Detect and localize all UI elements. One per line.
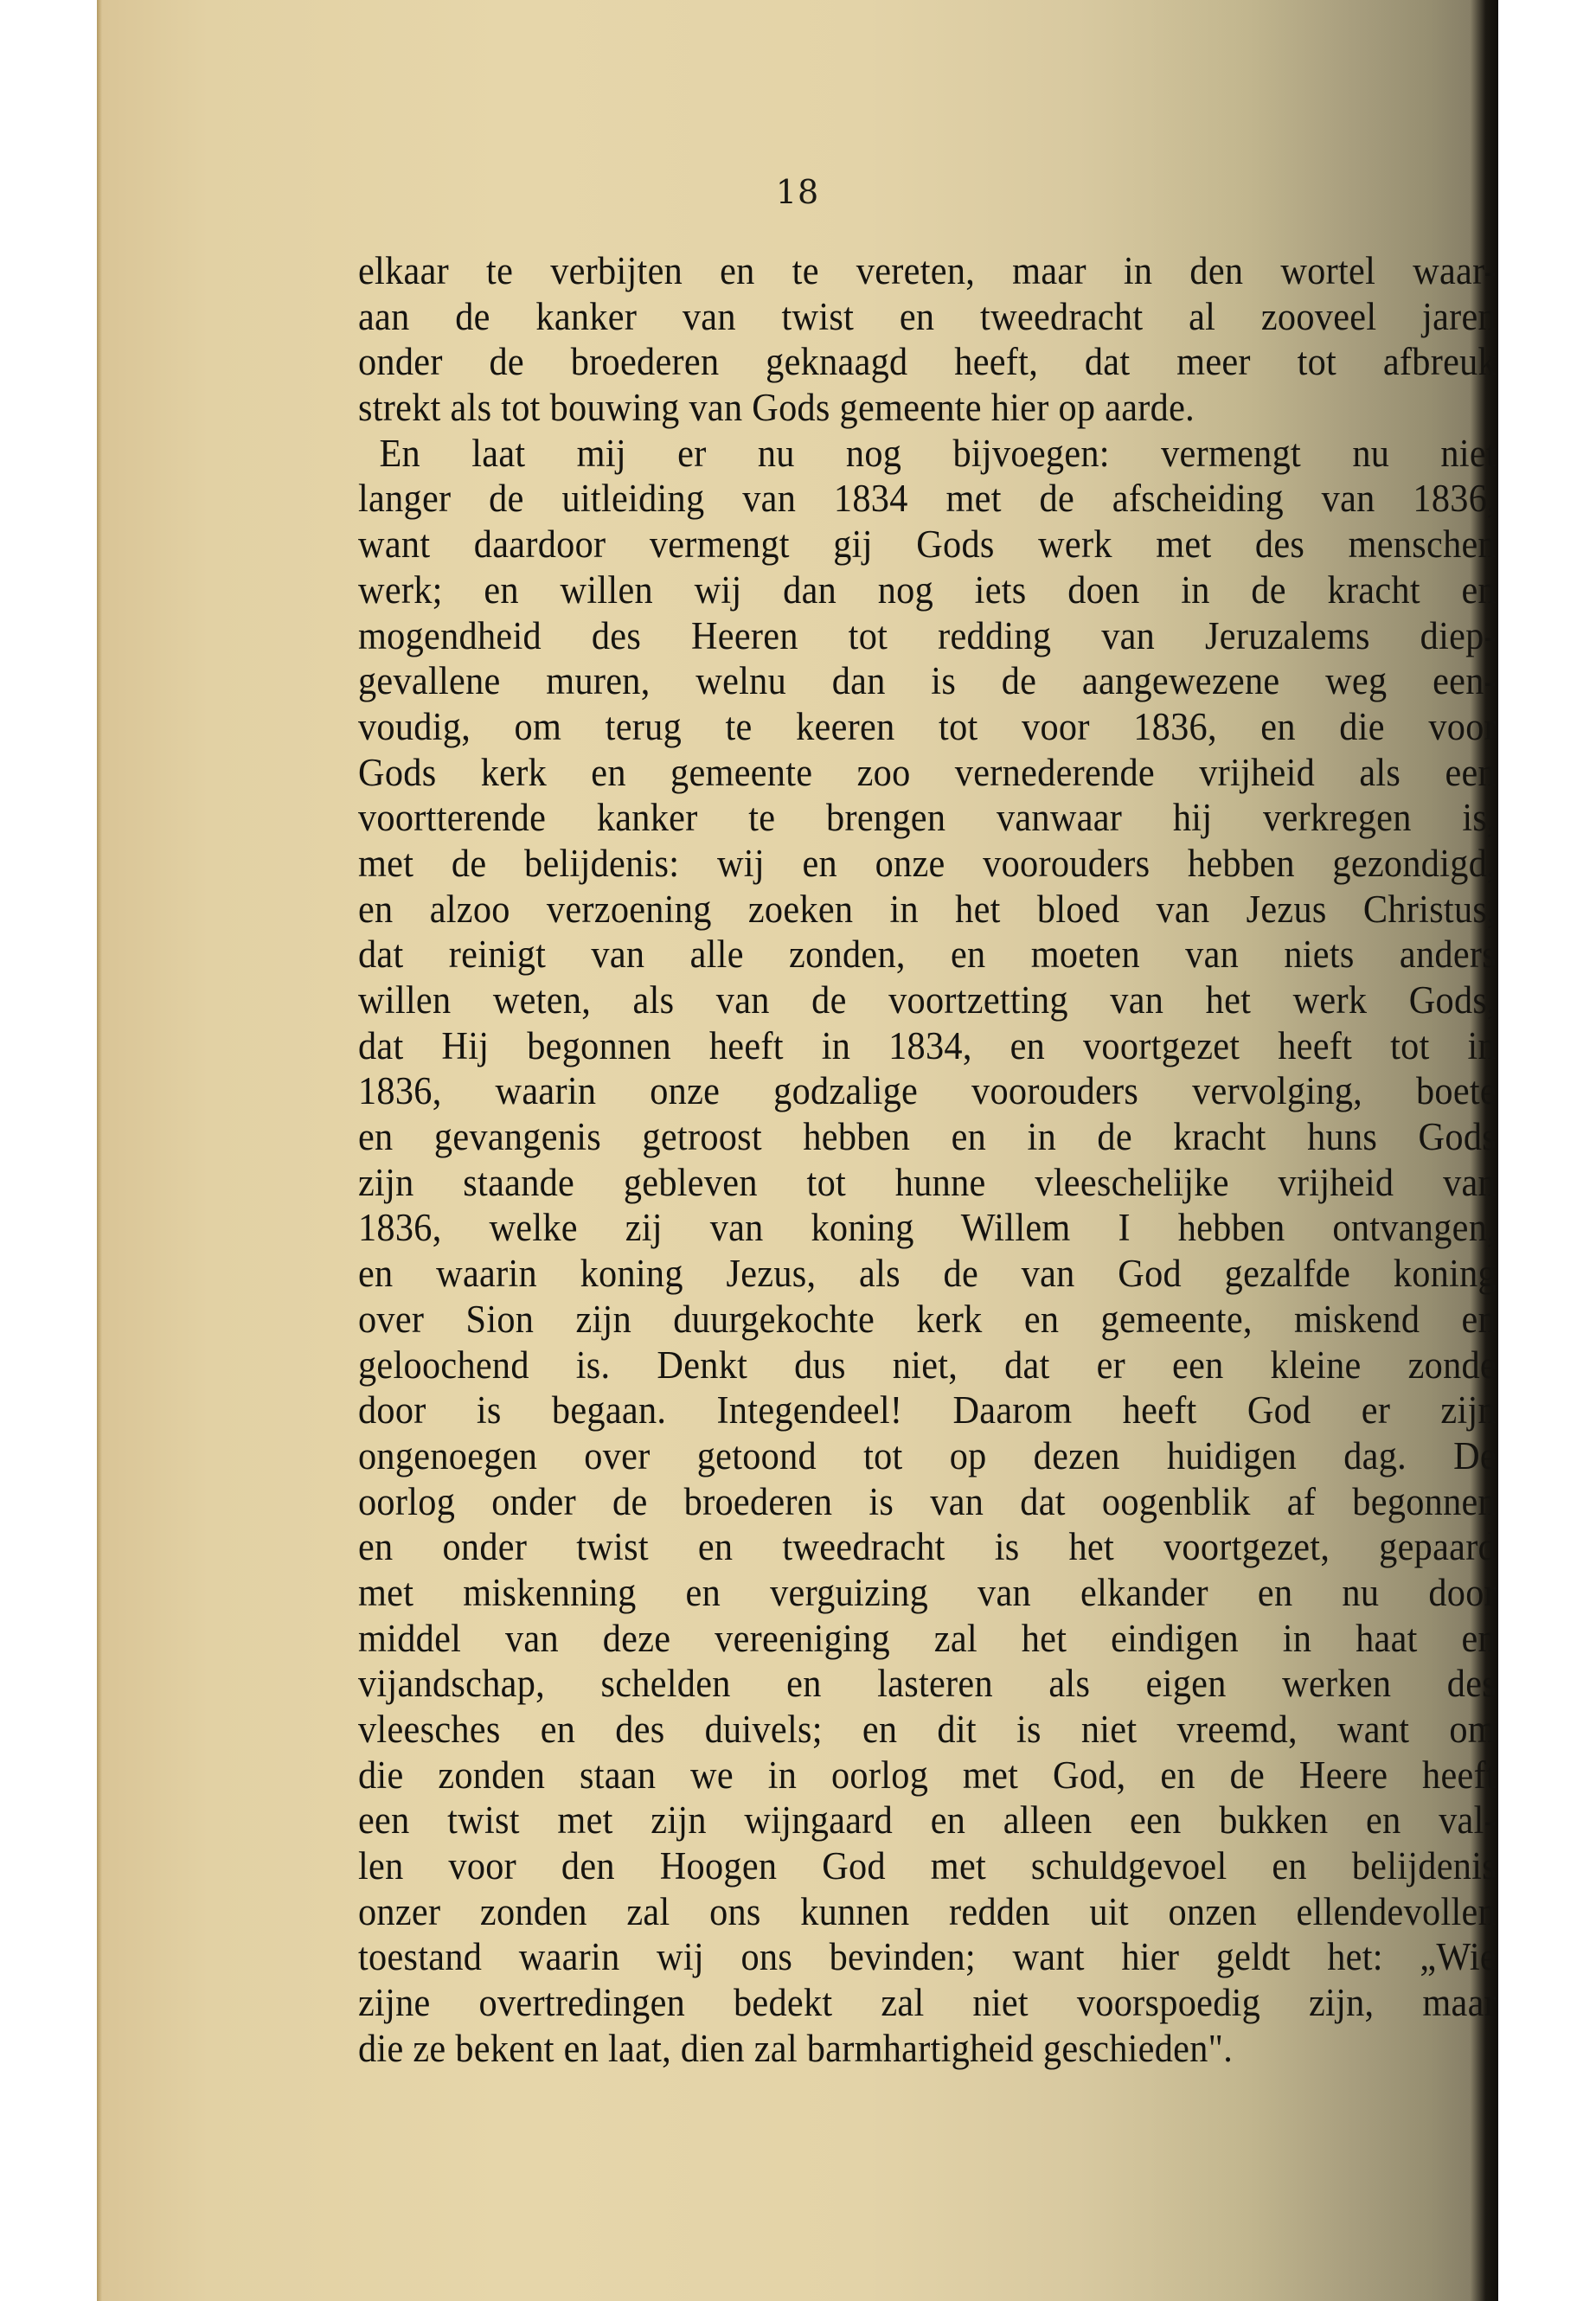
- text-line: 1836, welke zij van koning Willem I hebb…: [358, 1205, 1497, 1251]
- text-line: mogendheid des Heeren tot redding van Je…: [358, 613, 1497, 659]
- text-line: toestand waarin wij ons bevinden; want h…: [358, 1934, 1497, 1980]
- text-line: en gevangenis getroost hebben en in de k…: [358, 1114, 1497, 1160]
- text-line: met miskenning en verguizing van elkande…: [358, 1570, 1497, 1616]
- text-line: een twist met zijn wijngaard en alleen e…: [358, 1798, 1497, 1843]
- text-line: ongenoegen over getoond tot op dezen hui…: [358, 1433, 1497, 1479]
- text-line: die zonden staan we in oorlog met God, e…: [358, 1753, 1497, 1798]
- text-line: middel van deze vereeniging zal het eind…: [358, 1616, 1497, 1662]
- text-line: aan de kanker van twist en tweedracht al…: [358, 294, 1497, 340]
- text-line: werk; en willen wij dan nog iets doen in…: [358, 567, 1497, 613]
- text-line: en waarin koning Jezus, als de van God g…: [358, 1251, 1497, 1297]
- text-line: die ze bekent en laat, dien zal barmhart…: [358, 2026, 1497, 2072]
- text-line: onder de broederen geknaagd heeft, dat m…: [358, 339, 1497, 385]
- text-line: 1836, waarin onze godzalige voorouders v…: [358, 1068, 1497, 1114]
- text-line: onzer zonden zal ons kunnen redden uit o…: [358, 1889, 1497, 1935]
- text-line: vleesches en des duivels; en dit is niet…: [358, 1707, 1497, 1753]
- text-line: en alzoo verzoening zoeken in het bloed …: [358, 887, 1497, 933]
- text-line: len voor den Hoogen God met schuldgevoel…: [358, 1843, 1497, 1889]
- text-line: met de belijdenis: wij en onze voorouder…: [358, 841, 1497, 887]
- page-number: 18: [97, 173, 1498, 211]
- text-line: zijn staande gebleven tot hunne vleesche…: [358, 1160, 1497, 1206]
- text-line: willen weten, als van de voortzetting va…: [358, 977, 1497, 1023]
- text-line: elkaar te verbijten en te vereten, maar …: [358, 248, 1497, 294]
- text-line: oorlog onder de broederen is van dat oog…: [358, 1479, 1497, 1525]
- text-line: dat Hij begonnen heeft in 1834, en voort…: [358, 1023, 1497, 1069]
- text-line: vijandschap, schelden en lasteren als ei…: [358, 1661, 1497, 1707]
- text-line: Gods kerk en gemeente zoo vernederende v…: [358, 750, 1497, 796]
- text-line: strekt als tot bouwing van Gods gemeente…: [358, 385, 1497, 431]
- text-line: dat reinigt van alle zonden, en moeten v…: [358, 932, 1497, 977]
- text-line: geloochend is. Denkt dus niet, dat er ee…: [358, 1343, 1497, 1388]
- text-line: langer de uitleiding van 1834 met de afs…: [358, 476, 1497, 522]
- text-line: voudig, om terug te keeren tot voor 1836…: [358, 704, 1497, 750]
- text-line: want daardoor vermengt gij Gods werk met…: [358, 522, 1497, 567]
- text-line: voortterende kanker te brengen vanwaar h…: [358, 795, 1497, 841]
- text-line: zijne overtredingen bedekt zal niet voor…: [358, 1980, 1497, 2026]
- text-line: en onder twist en tweedracht is het voor…: [358, 1524, 1497, 1570]
- text-line: door is begaan. Integendeel! Daarom heef…: [358, 1388, 1497, 1433]
- book-page: 18 elkaar te verbijten en te vereten, ma…: [97, 0, 1498, 2301]
- text-line: gevallene muren, welnu dan is de aangewe…: [358, 658, 1497, 704]
- text-line-paragraph-start: En laat mij er nu nog bijvoegen: vermeng…: [358, 431, 1497, 477]
- body-paragraphs: elkaar te verbijten en te vereten, maar …: [358, 248, 1552, 2072]
- text-line: over Sion zijn duurgekochte kerk en geme…: [358, 1297, 1497, 1343]
